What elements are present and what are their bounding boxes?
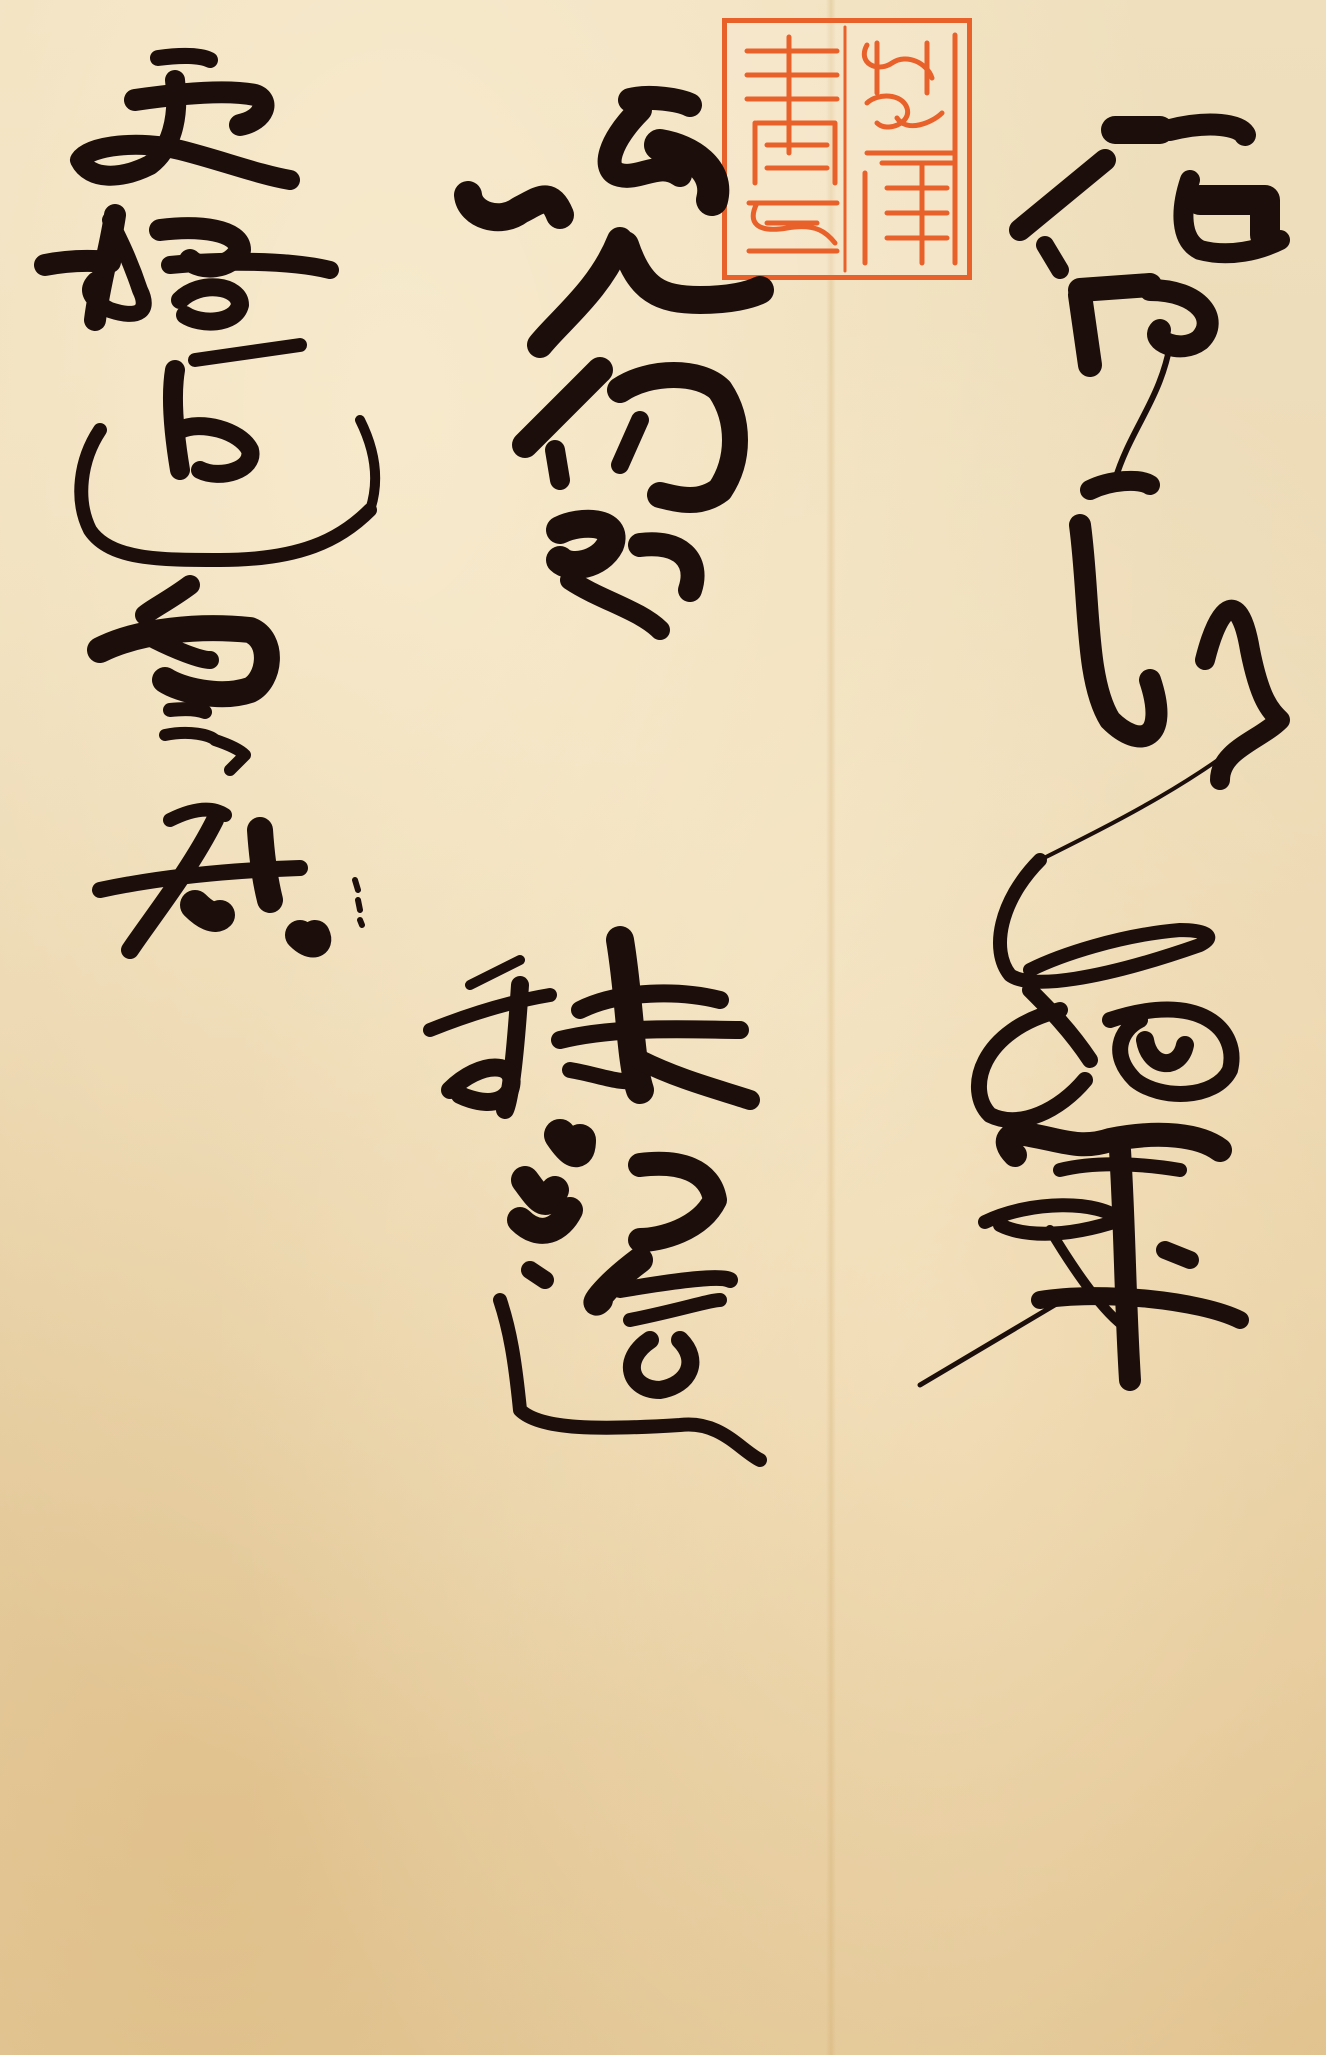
right-column-characters bbox=[920, 125, 1280, 1385]
left-column-characters bbox=[45, 56, 375, 950]
calligraphy-sheet: Chinese cursive calligraphy (草书) on pape… bbox=[0, 0, 1326, 2055]
middle-column-characters bbox=[430, 98, 760, 1460]
calligraphy-ink-strokes bbox=[0, 0, 1326, 2055]
